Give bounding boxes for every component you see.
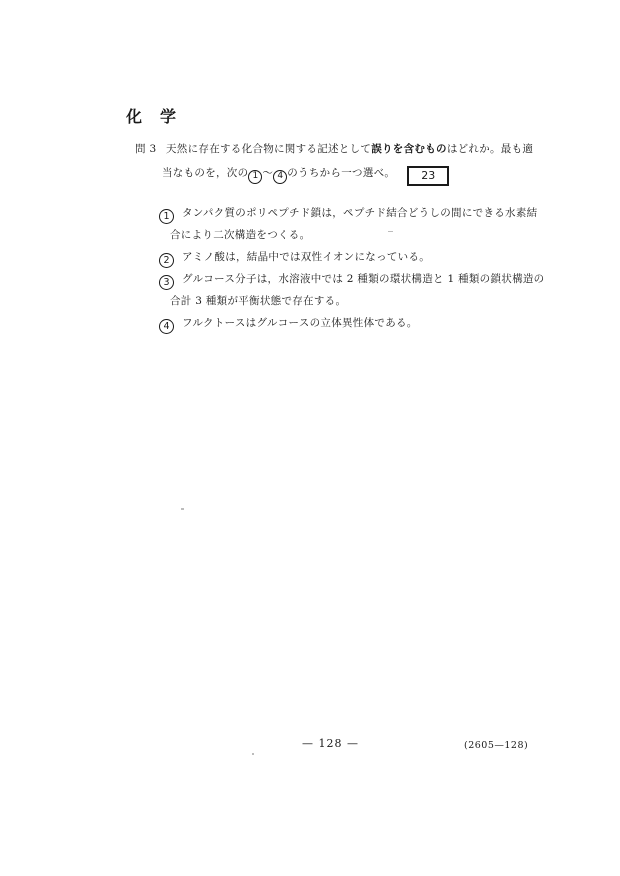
page-number: — 128 — <box>302 737 359 750</box>
option-1-circled-number-icon: 1 <box>159 209 174 224</box>
document-code: (2605—128) <box>464 740 528 751</box>
option-1-line-2: 合により二次構造をつくる。 <box>159 224 579 246</box>
circled-number-1-icon: 1 <box>248 170 262 184</box>
circled-number-1-text: 1 <box>253 172 259 181</box>
range-tilde: ～ <box>262 167 273 179</box>
scan-speck <box>252 753 254 755</box>
question-line-2: 当なものを，次の1～4のうちから一つ選べ。23 <box>135 161 565 186</box>
option-2-text: アミノ酸は，結晶中では双性イオンになっている。 <box>182 251 430 263</box>
option-2-line-1: 2アミノ酸は，結晶中では双性イオンになっている。 <box>159 246 579 268</box>
option-3-circled-number-icon: 3 <box>159 275 174 290</box>
question-text-bold: 誤りを含むもの <box>371 143 447 155</box>
circled-number-4-icon: 4 <box>273 170 287 184</box>
option-1-number-text: 1 <box>163 212 169 222</box>
option-4-line-1: 4フルクトースはグルコースの立体異性体である。 <box>159 312 579 334</box>
option-1-line-1: 1タンパク質のポリペプチド鎖は，ペプチド結合どうしの間にできる水素結 <box>159 202 579 224</box>
option-4-number-text: 4 <box>163 322 169 332</box>
option-3-line-1: 3グルコース分子は，水溶液中では 2 種類の環状構造と 1 種類の鎖状構造の <box>159 268 579 290</box>
question-number-label: 問 3 <box>135 137 161 161</box>
option-3-line-2: 合計 3 種類が平衡状態で存在する。 <box>159 290 579 312</box>
exam-page: 化 学 問 3天然に存在する化合物に関する記述として誤りを含むものはどれか。最も… <box>0 0 620 876</box>
question-line-1: 問 3天然に存在する化合物に関する記述として誤りを含むものはどれか。最も適 <box>135 137 565 161</box>
option-3-number-text: 3 <box>163 278 169 288</box>
options-list: 1タンパク質のポリペプチド鎖は，ペプチド結合どうしの間にできる水素結 合により二… <box>159 202 579 334</box>
answer-number: 23 <box>421 169 435 182</box>
question-text-post: はどれか。最も適 <box>447 143 533 155</box>
option-3-text: グルコース分子は，水溶液中では 2 種類の環状構造と 1 種類の鎖状構造の <box>182 273 544 285</box>
question-block: 問 3天然に存在する化合物に関する記述として誤りを含むものはどれか。最も適 当な… <box>135 137 565 186</box>
scan-speck <box>181 508 184 510</box>
circled-number-4-text: 4 <box>277 172 283 181</box>
subject-title: 化 学 <box>126 104 177 127</box>
option-2-circled-number-icon: 2 <box>159 253 174 268</box>
option-2-number-text: 2 <box>163 256 169 266</box>
question-text-pre: 天然に存在する化合物に関する記述として <box>166 143 371 155</box>
option-3-text-continued: 合計 3 種類が平衡状態で存在する。 <box>170 295 346 307</box>
option-4-circled-number-icon: 4 <box>159 319 174 334</box>
question-line2-post: のうちから一つ選べ。 <box>287 167 395 179</box>
question-line2-pre: 当なものを，次の <box>162 167 248 179</box>
answer-number-box: 23 <box>407 166 449 186</box>
option-4-text: フルクトースはグルコースの立体異性体である。 <box>182 317 418 329</box>
option-1-text-continued: 合により二次構造をつくる。 <box>170 229 310 241</box>
option-1-text: タンパク質のポリペプチド鎖は，ペプチド結合どうしの間にできる水素結 <box>182 207 537 219</box>
scan-speck <box>388 231 393 232</box>
